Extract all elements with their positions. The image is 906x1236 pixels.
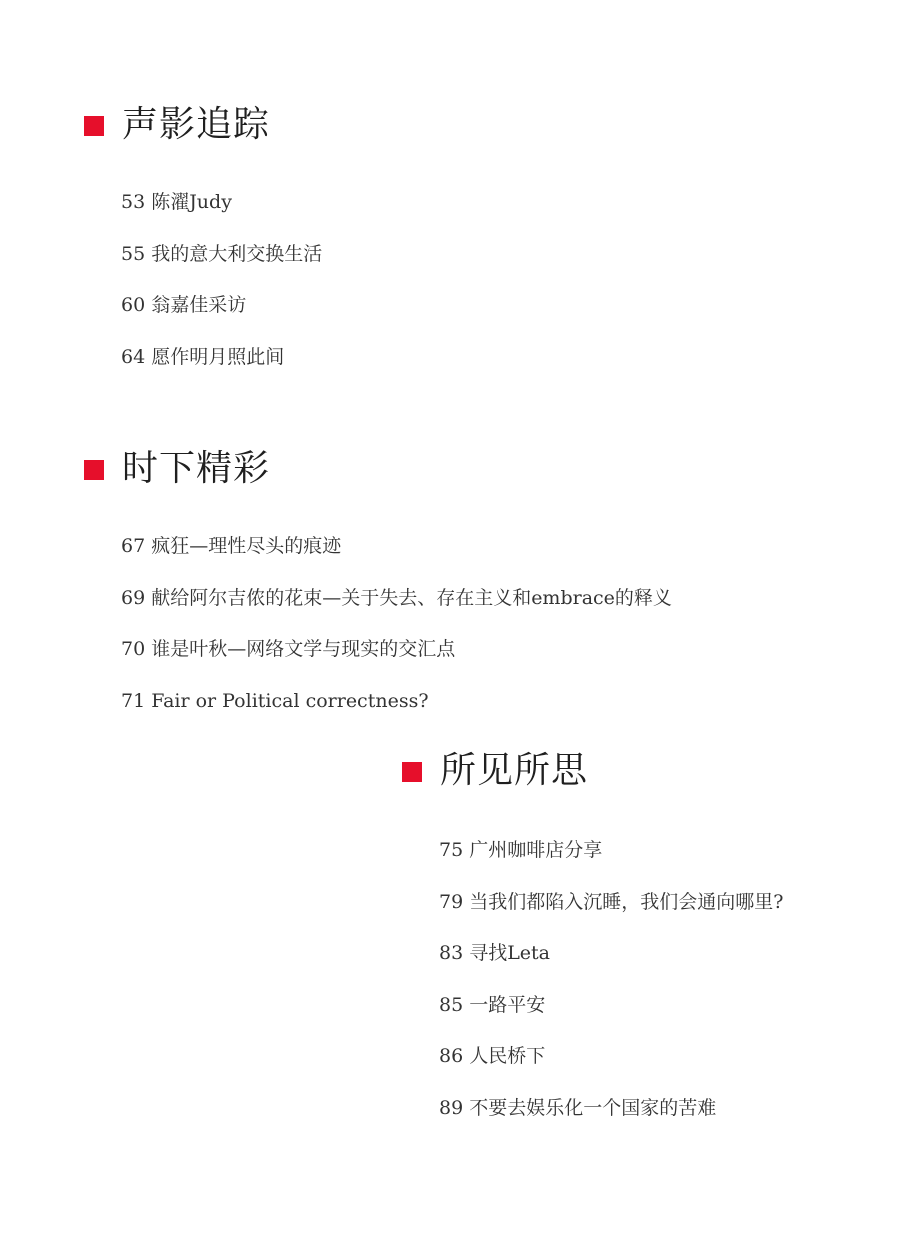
section-title: 时下精彩 (122, 444, 270, 494)
toc-entry[interactable]: 55我的意大利交换生活 (121, 242, 322, 294)
entry-title: 翁嘉佳采访 (151, 294, 246, 316)
page-number: 83 (439, 942, 463, 964)
entry-title: 人民桥下 (469, 1045, 545, 1067)
entry-title: Fair or Political correctness? (151, 690, 428, 712)
toc-entry[interactable]: 83寻找Leta (439, 941, 783, 993)
toc-entry[interactable]: 53陈濯Judy (121, 190, 322, 242)
entry-title: 疯狂—理性尽头的痕迹 (151, 535, 341, 557)
page-number: 70 (121, 638, 145, 660)
toc-entry[interactable]: 69献给阿尔吉侬的花束—关于失去、存在主义和embrace的释义 (121, 586, 672, 638)
page-number: 75 (439, 839, 463, 861)
page-number: 60 (121, 294, 145, 316)
entry-title: 我的意大利交换生活 (151, 243, 322, 265)
toc-entry[interactable]: 86人民桥下 (439, 1044, 783, 1096)
section-title: 所见所思 (440, 746, 588, 796)
entry-title: 当我们都陷入沉睡，我们会通向哪里? (469, 891, 783, 913)
page-number: 53 (121, 191, 145, 213)
toc-entry[interactable]: 64愿作明月照此间 (121, 345, 322, 397)
entry-title: 愿作明月照此间 (151, 346, 284, 368)
page-number: 69 (121, 587, 145, 609)
page-number: 79 (439, 891, 463, 913)
entry-title: 一路平安 (469, 994, 545, 1016)
toc-entry[interactable]: 71Fair or Political correctness? (121, 689, 672, 741)
page-number: 67 (121, 535, 145, 557)
toc-entry[interactable]: 60翁嘉佳采访 (121, 293, 322, 345)
page-number: 89 (439, 1097, 463, 1119)
page-number: 85 (439, 994, 463, 1016)
section-title: 声影追踪 (122, 100, 270, 150)
page-number: 55 (121, 243, 145, 265)
entry-title: 献给阿尔吉侬的花束—关于失去、存在主义和embrace的释义 (151, 587, 672, 609)
toc-entry[interactable]: 85一路平安 (439, 993, 783, 1045)
entry-title: 广州咖啡店分享 (469, 839, 602, 861)
toc-entry[interactable]: 70谁是叶秋—网络文学与现实的交汇点 (121, 637, 672, 689)
page-number: 64 (121, 346, 145, 368)
red-square-bullet-icon (84, 460, 104, 480)
page-number: 86 (439, 1045, 463, 1067)
toc-entry[interactable]: 89不要去娱乐化一个国家的苦难 (439, 1096, 783, 1148)
entry-title: 谁是叶秋—网络文学与现实的交汇点 (151, 638, 455, 660)
toc-entry[interactable]: 75广州咖啡店分享 (439, 838, 783, 890)
toc-entry[interactable]: 79当我们都陷入沉睡，我们会通向哪里? (439, 890, 783, 942)
toc-entry[interactable]: 67疯狂—理性尽头的痕迹 (121, 534, 672, 586)
red-square-bullet-icon (84, 116, 104, 136)
page-number: 71 (121, 690, 145, 712)
red-square-bullet-icon (402, 762, 422, 782)
entry-title: 陈濯Judy (151, 191, 232, 213)
entry-title: 不要去娱乐化一个国家的苦难 (469, 1097, 716, 1119)
entry-title: 寻找Leta (469, 942, 550, 964)
